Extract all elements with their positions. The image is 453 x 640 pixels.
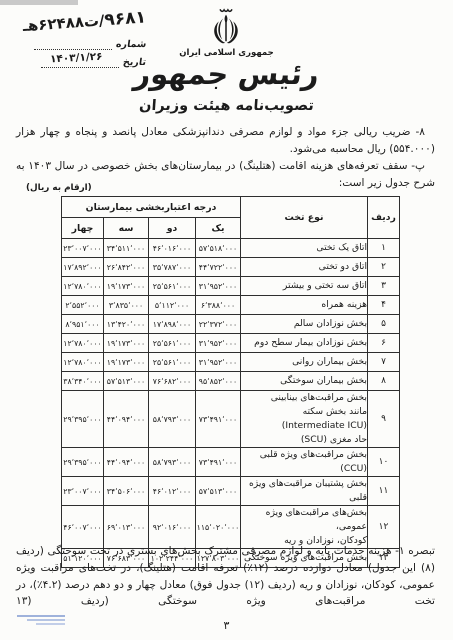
amounts-unit-note: (ارقام به ریال) [26, 183, 92, 193]
tariff-degree-three-cell: ۳٬۸۳۵٬۰۰۰ [104, 296, 149, 315]
tariff-degree-four-cell: ۲۳٬۰۰۷٬۰۰۰ [62, 239, 104, 258]
document-page: جمهوری اسلامی ایران رئیس جمهور تصویب‌نام… [0, 0, 453, 640]
bed-type-line: بخش مراقبت‌های بینابینی [241, 391, 367, 405]
row-number-cell: ۳ [368, 277, 400, 296]
header-accreditation-degree: درجه اعتباربخشی بیمارستان [62, 197, 241, 218]
tariff-table-header: ردیف نوع تخت درجه اعتباربخشی بیمارستان ی… [62, 197, 400, 239]
tariff-degree-three-cell: ۱۳٬۴۲۰٬۰۰۰ [104, 315, 149, 334]
number-row: شماره [16, 39, 146, 50]
tariff-degree-two-cell: ۲۵٬۵۶۱٬۰۰۰ [149, 353, 196, 372]
row-number-cell: ۶ [368, 334, 400, 353]
tariff-degree-one-cell: ۵۷٬۵۱۸٬۰۰۰ [196, 239, 241, 258]
bed-type-line: حاد مغزی (SCU) [241, 433, 367, 447]
row-number-cell: ۱ [368, 239, 400, 258]
table-row: ۹بخش مراقبت‌های بینابینیمانند بخش سکته (… [62, 391, 400, 448]
tariff-degree-one-cell: ۵۷٬۵۱۳٬۰۰۰ [196, 477, 241, 506]
tariff-degree-two-cell: ۲۵٬۵۶۱٬۰۰۰ [149, 277, 196, 296]
tariff-degree-two-cell: ۵۸٬۷۹۳٬۰۰۰ [149, 391, 196, 448]
tariff-degree-three-cell: ۱۹٬۱۷۳٬۰۰۰ [104, 277, 149, 296]
bed-type-line: بخش نوزادان بیمار سطح دوم [241, 336, 367, 350]
bed-type-cell: اتاق سه تختی و بیشتر [241, 277, 368, 296]
header-row-number: ردیف [368, 197, 400, 239]
tariff-degree-two-cell: ۲۵٬۵۶۱٬۰۰۰ [149, 334, 196, 353]
tariff-degree-one-cell: ۳۱٬۹۵۲٬۰۰۰ [196, 334, 241, 353]
iran-emblem-icon [206, 7, 246, 49]
bed-type-line: هزینه همراه [241, 298, 367, 312]
tariff-degree-three-cell: ۴۴٬۰۹۴٬۰۰۰ [104, 448, 149, 477]
page-number: ۳ [0, 619, 453, 632]
clause-8-paragraph: ۸- ضریب ریالی جزء مواد و لوازم مصرفی دند… [16, 124, 435, 157]
handwritten-number: ۹۶۸۱ [104, 7, 147, 30]
tariff-degree-four-cell: ۲۹٬۳۹۵٬۰۰۰ [62, 391, 104, 448]
bed-type-cell: بخش پشتیبان مراقبت‌های ویژه قلبی [241, 477, 368, 506]
scan-artifact-bar [0, 0, 78, 5]
bed-type-line: بخش نوزادان سالم [241, 317, 367, 331]
table-row: ۶بخش نوزادان بیمار سطح دوم۳۱٬۹۵۲٬۰۰۰۲۵٬۵… [62, 334, 400, 353]
tariff-degree-three-cell: ۴۴٬۰۹۴٬۰۰۰ [104, 391, 149, 448]
row-number-cell: ۵ [368, 315, 400, 334]
tariff-degree-two-cell: ۱۷٬۸۹۸٬۰۰۰ [149, 315, 196, 334]
tariff-degree-four-cell: ۳۸٬۳۴۰٬۰۰۰ [62, 372, 104, 391]
tariff-degree-three-cell: ۱۹٬۱۷۳٬۰۰۰ [104, 353, 149, 372]
bed-type-line: اتاق یک تختی [241, 241, 367, 255]
row-number-cell: ۹ [368, 391, 400, 448]
tariff-degree-one-cell: ۲۲٬۳۷۲٬۰۰۰ [196, 315, 241, 334]
table-row: ۱۱بخش پشتیبان مراقبت‌های ویژه قلبی۵۷٬۵۱۳… [62, 477, 400, 506]
header-degree-two: دو [149, 218, 196, 239]
row-number-cell: ۸ [368, 372, 400, 391]
header-degree-four: چهار [62, 218, 104, 239]
tariff-degree-four-cell: ۱۷٬۸۹۲٬۰۰۰ [62, 258, 104, 277]
bed-type-cell: بخش مراقبت‌های ویژه قلبی (CCU) [241, 448, 368, 477]
header-bed-type: نوع تخت [241, 197, 368, 239]
row-number-cell: ۱۰ [368, 448, 400, 477]
table-row: ۸بخش بیماران سوختگی۹۵٬۸۵۲٬۰۰۰۷۶٬۶۸۲٬۰۰۰۵… [62, 372, 400, 391]
table-row: ۷بخش بیماران روانی۳۱٬۹۵۲٬۰۰۰۲۵٬۵۶۱٬۰۰۰۱۹… [62, 353, 400, 372]
tariff-degree-one-cell: ۶٬۳۸۸٬۰۰۰ [196, 296, 241, 315]
tariff-degree-two-cell: ۳۵٬۷۸۷٬۰۰۰ [149, 258, 196, 277]
tariff-degree-two-cell: ۷۶٬۶۸۲٬۰۰۰ [149, 372, 196, 391]
tariff-degree-one-cell: ۴۴٬۷۲۲٬۰۰۰ [196, 258, 241, 277]
tariff-degree-three-cell: ۱۹٬۱۷۳٬۰۰۰ [104, 334, 149, 353]
bed-type-cell: بخش مراقبت‌های بینابینیمانند بخش سکته (I… [241, 391, 368, 448]
bed-type-cell: بخش نوزادان بیمار سطح دوم [241, 334, 368, 353]
tariff-degree-one-cell: ۷۳٬۴۹۱٬۰۰۰ [196, 391, 241, 448]
tariff-degree-four-cell: ۲٬۵۵۲٬۰۰۰ [62, 296, 104, 315]
table-row: ۳اتاق سه تختی و بیشتر۳۱٬۹۵۲٬۰۰۰۲۵٬۵۶۱٬۰۰… [62, 277, 400, 296]
bed-type-line: بخش مراقبت‌های ویژه قلبی (CCU) [241, 448, 367, 476]
table-row: ۴هزینه همراه۶٬۳۸۸٬۰۰۰۵٬۱۱۲٬۰۰۰۳٬۸۳۵٬۰۰۰۲… [62, 296, 400, 315]
tariff-degree-one-cell: ۳۱٬۹۵۲٬۰۰۰ [196, 353, 241, 372]
tariff-degree-four-cell: ۲۹٬۳۹۵٬۰۰۰ [62, 448, 104, 477]
tariff-degree-four-cell: ۱۲٬۷۸۰٬۰۰۰ [62, 277, 104, 296]
tariff-table: ردیف نوع تخت درجه اعتباربخشی بیمارستان ی… [61, 196, 400, 568]
row-number-cell: ۱۱ [368, 477, 400, 506]
reference-block: ۹۶۸۱/ت۶۲۴۸۸هـ شماره تاریخ ۱۴۰۳/۱/۲۶ [16, 12, 146, 68]
row-number-cell: ۲ [368, 258, 400, 277]
tariff-degree-two-cell: ۴۶٬۰۱۶٬۰۰۰ [149, 239, 196, 258]
bed-type-line: بخش بیماران سوختگی [241, 374, 367, 388]
bed-type-cell: بخش بیماران روانی [241, 353, 368, 372]
tariff-degree-four-cell: ۱۲٬۷۸۰٬۰۰۰ [62, 334, 104, 353]
document-type-title: تصویب‌نامه هیئت وزیران [0, 98, 453, 114]
tariff-degree-three-cell: ۵۷٬۵۱۳٬۰۰۰ [104, 372, 149, 391]
reference-line: ۹۶۸۱/ت۶۲۴۸۸هـ [15, 7, 146, 36]
table-row: ۵بخش نوزادان سالم۲۲٬۳۷۲٬۰۰۰۱۷٬۸۹۸٬۰۰۰۱۳٬… [62, 315, 400, 334]
number-dotted-line [34, 40, 112, 50]
bed-type-line: مانند بخش سکته (Intermediate ICU) [241, 405, 367, 433]
bed-type-cell: هزینه همراه [241, 296, 368, 315]
bed-type-cell: اتاق دو تختی [241, 258, 368, 277]
stamp-text-line [17, 615, 65, 618]
tariff-degree-three-cell: ۳۴٬۵۱۱٬۰۰۰ [104, 239, 149, 258]
bed-type-line: بخش بیماران روانی [241, 355, 367, 369]
tariff-degree-three-cell: ۳۴٬۵۰۶٬۰۰۰ [104, 477, 149, 506]
tariff-degree-one-cell: ۳۱٬۹۵۲٬۰۰۰ [196, 277, 241, 296]
bed-type-line: اتاق سه تختی و بیشتر [241, 279, 367, 293]
date-label: تاریخ [122, 57, 147, 68]
tariff-degree-two-cell: ۵۸٬۷۹۳٬۰۰۰ [149, 448, 196, 477]
bed-type-cell: اتاق یک تختی [241, 239, 368, 258]
bed-type-cell: بخش نوزادان سالم [241, 315, 368, 334]
table-row: ۱۰بخش مراقبت‌های ویژه قلبی (CCU)۷۳٬۴۹۱٬۰… [62, 448, 400, 477]
tariff-table-rows: ۱اتاق یک تختی۵۷٬۵۱۸٬۰۰۰۴۶٬۰۱۶٬۰۰۰۳۴٬۵۱۱٬… [62, 239, 400, 568]
tariff-degree-two-cell: ۵٬۱۱۲٬۰۰۰ [149, 296, 196, 315]
row-number-cell: ۴ [368, 296, 400, 315]
tariff-degree-two-cell: ۴۶٬۰۱۲٬۰۰۰ [149, 477, 196, 506]
body-text: ۸- ضریب ریالی جزء مواد و لوازم مصرفی دند… [16, 124, 435, 192]
bed-type-line: بخش‌های مراقبت‌های ویژه عمومی، [241, 506, 367, 534]
tariff-degree-three-cell: ۲۶٬۸۴۲٬۰۰۰ [104, 258, 149, 277]
row-number-cell: ۷ [368, 353, 400, 372]
bed-type-line: بخش پشتیبان مراقبت‌های ویژه قلبی [241, 477, 367, 505]
bed-type-cell: بخش بیماران سوختگی [241, 372, 368, 391]
tariff-degree-one-cell: ۹۵٬۸۵۲٬۰۰۰ [196, 372, 241, 391]
reference-number: /ت۶۲۴۸۸هـ [22, 11, 105, 35]
number-label: شماره [115, 39, 147, 50]
bed-type-line: اتاق دو تختی [241, 260, 367, 274]
tariff-degree-one-cell: ۷۳٬۴۹۱٬۰۰۰ [196, 448, 241, 477]
footnote-paragraph: تبصره ۱- هزینه خدمات پایه و لوازم مصرفی … [16, 543, 435, 610]
header-degree-one: یک [196, 218, 241, 239]
header-degree-three: سه [104, 218, 149, 239]
tariff-degree-four-cell: ۱۲٬۷۸۰٬۰۰۰ [62, 353, 104, 372]
table-row: ۲اتاق دو تختی۴۴٬۷۲۲٬۰۰۰۳۵٬۷۸۷٬۰۰۰۲۶٬۸۴۲٬… [62, 258, 400, 277]
tariff-degree-four-cell: ۲۳٬۰۰۷٬۰۰۰ [62, 477, 104, 506]
tariff-degree-four-cell: ۸٬۹۵۱٬۰۰۰ [62, 315, 104, 334]
table-row: ۱اتاق یک تختی۵۷٬۵۱۸٬۰۰۰۴۶٬۰۱۶٬۰۰۰۳۴٬۵۱۱٬… [62, 239, 400, 258]
